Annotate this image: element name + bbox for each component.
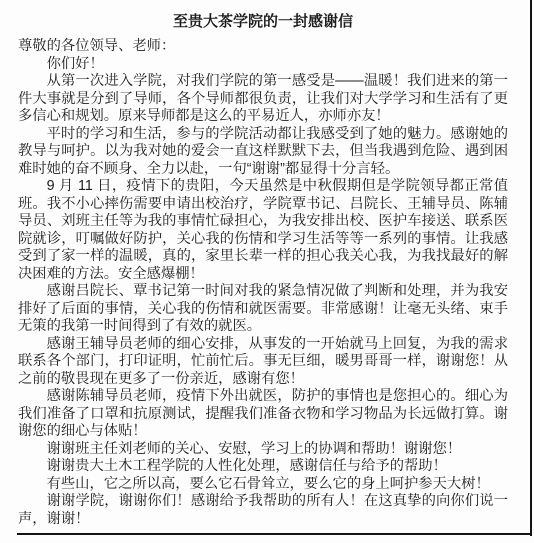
letter-content: 至贵大茶学院的一封感谢信 尊敬的各位领导、老师： 你们好！ 从第一次进入学院，对… bbox=[18, 11, 508, 528]
letter-paragraph: 有些山，它之所以高，要么它石骨耸立，要么它的身上呵护参天大树！ bbox=[18, 476, 508, 494]
page-edge-bottom bbox=[17, 533, 531, 535]
letter-paragraph: 感谢王辅导员老师的细心安排，从事发的一开始就马上回复，为我的需求联系各个部门，打… bbox=[18, 336, 508, 389]
letter-title: 至贵大茶学院的一封感谢信 bbox=[18, 11, 508, 32]
letter-page: 至贵大茶学院的一封感谢信 尊敬的各位领导、老师： 你们好！ 从第一次进入学院，对… bbox=[0, 0, 534, 543]
page-edge-right bbox=[530, 0, 532, 536]
letter-paragraph: 谢谢班主任刘老师的关心、安慰，学习上的协调和帮助！谢谢您！ bbox=[18, 441, 508, 459]
letter-paragraph: 平时的学习和生活，参与的学院活动都让我感受到了她的魅力。感谢她的教导与呵护。以为… bbox=[18, 126, 508, 179]
letter-paragraph: 从第一次进入学院，对我们学院的第一感受是——温暖！我们进来的第一件大事就是分到了… bbox=[18, 73, 508, 126]
letter-paragraph: 感谢吕院长、覃书记第一时间对我的紧急情况做了判断和处理，并为我安排好了后面的事情… bbox=[18, 283, 508, 336]
letter-paragraph: 你们好！ bbox=[18, 56, 508, 74]
letter-salutation: 尊敬的各位领导、老师： bbox=[18, 38, 508, 56]
letter-paragraph: 感谢陈辅导员老师，疫情下外出就医，防护的事情也是您担心的。细心为我们准备了口罩和… bbox=[18, 388, 508, 441]
letter-paragraph: 谢谢学院，谢谢你们！感谢给予我帮助的所有人！在这真挚的向你们说一声，谢谢！ bbox=[18, 493, 508, 528]
letter-paragraph: 谢谢贵大土木工程学院的人性化处理，感谢信任与给予的帮助！ bbox=[18, 458, 508, 476]
letter-paragraph: 9 月 11 日，疫情下的贵阳，今天虽然是中秋假期但是学院领导都正常值班。我不小… bbox=[18, 178, 508, 283]
